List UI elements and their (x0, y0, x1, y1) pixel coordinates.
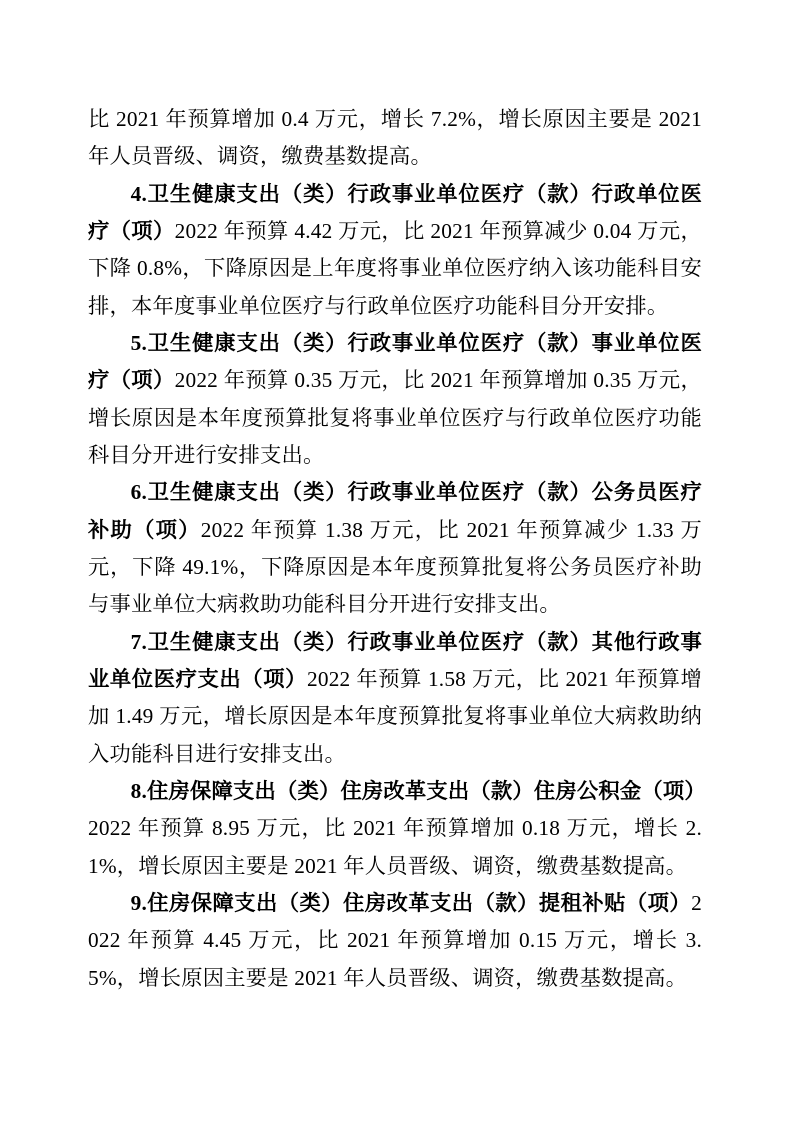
paragraph-item-9-heading: 9.住房保障支出（类）住房改革支出（款）提租补贴（项） (131, 891, 692, 915)
paragraph-continuation-text: 比 2021 年预算增加 0.4 万元，增长 7.2%，增长原因主要是 2021… (88, 107, 702, 168)
paragraph-item-4: 4.卫生健康支出（类）行政事业单位医疗（款）行政单位医疗（项）2022 年预算 … (88, 176, 702, 325)
document-page: 比 2021 年预算增加 0.4 万元，增长 7.2%，增长原因主要是 2021… (0, 0, 793, 1122)
paragraph-item-9: 9.住房保障支出（类）住房改革支出（款）提租补贴（项）2022 年预算 4.45… (88, 885, 702, 997)
paragraph-item-5-text: 2022 年预算 0.35 万元，比 2021 年预算增加 0.35 万元，增长… (88, 368, 702, 467)
paragraph-item-7: 7.卫生健康支出（类）行政事业单位医疗（款）其他行政事业单位医疗支出（项）202… (88, 624, 702, 773)
paragraph-continuation: 比 2021 年预算增加 0.4 万元，增长 7.2%，增长原因主要是 2021… (88, 101, 702, 176)
paragraph-item-8-text: 2022 年预算 8.95 万元，比 2021 年预算增加 0.18 万元，增长… (88, 816, 702, 877)
paragraph-item-8-heading: 8.住房保障支出（类）住房改革支出（款）住房公积金（项） (131, 779, 706, 803)
document-body: 比 2021 年预算增加 0.4 万元，增长 7.2%，增长原因主要是 2021… (88, 101, 702, 997)
paragraph-item-6: 6.卫生健康支出（类）行政事业单位医疗（款）公务员医疗补助（项）2022 年预算… (88, 474, 702, 623)
paragraph-item-4-text: 2022 年预算 4.42 万元，比 2021 年预算减少 0.04 万元，下降… (88, 219, 702, 318)
paragraph-item-5: 5.卫生健康支出（类）行政事业单位医疗（款）事业单位医疗（项）2022 年预算 … (88, 325, 702, 474)
paragraph-item-8: 8.住房保障支出（类）住房改革支出（款）住房公积金（项）2022 年预算 8.9… (88, 773, 702, 885)
